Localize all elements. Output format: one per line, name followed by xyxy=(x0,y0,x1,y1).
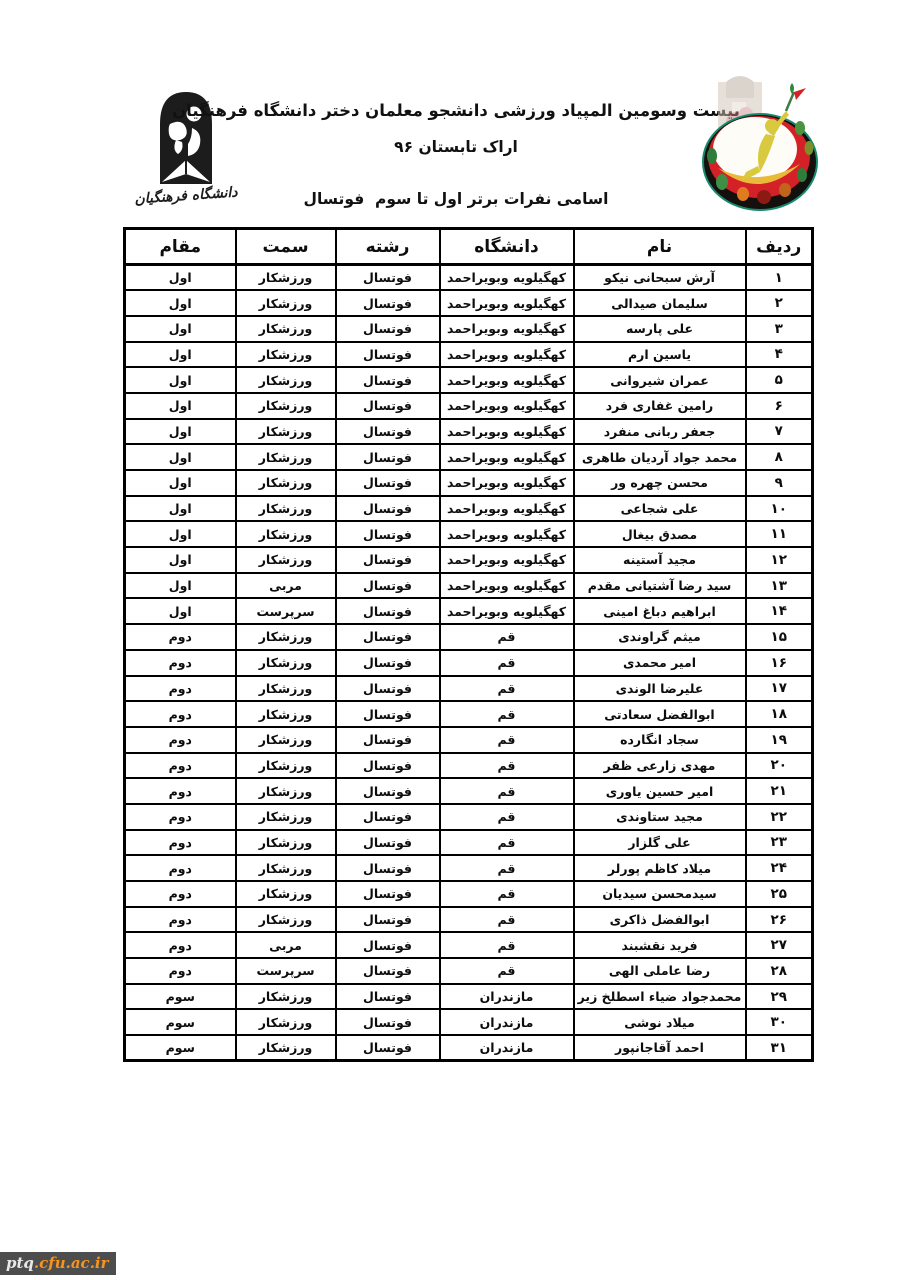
table-row: ۱۲مجید آستینهکهگیلویه وبویراحمدفوتسالورز… xyxy=(125,547,813,573)
cell-num: ۱۱ xyxy=(746,521,813,547)
cell-num: ۸ xyxy=(746,444,813,470)
cell-university: مازندران xyxy=(440,1009,574,1035)
cell-name: امیر حسین یاوری xyxy=(574,778,746,804)
cell-field: فوتسال xyxy=(336,496,440,522)
cell-rank: اول xyxy=(125,598,236,624)
cell-name: میثم گراوندی xyxy=(574,624,746,650)
cell-name: محمدجواد ضیاء اسطلخ زیر xyxy=(574,984,746,1010)
page-title: بیست وسومین المپیاد ورزشی دانشجو معلمان … xyxy=(150,101,762,120)
table-body: ۱آرش سبحانی نیکوکهگیلویه وبویراحمدفوتسال… xyxy=(125,265,813,1061)
cell-name: علیرضا الوندی xyxy=(574,676,746,702)
cell-field: فوتسال xyxy=(336,984,440,1010)
cell-role: ورزشکار xyxy=(236,650,336,676)
cell-role: ورزشکار xyxy=(236,470,336,496)
cell-university: قم xyxy=(440,676,574,702)
cell-rank: اول xyxy=(125,342,236,368)
cell-university: قم xyxy=(440,650,574,676)
cell-role: ورزشکار xyxy=(236,753,336,779)
cell-university: کهگیلویه وبویراحمد xyxy=(440,265,574,291)
cell-field: فوتسال xyxy=(336,932,440,958)
farhangian-emblem-icon xyxy=(136,84,236,186)
watermark-site-prefix: ptq xyxy=(6,1252,34,1275)
cell-rank: اول xyxy=(125,573,236,599)
table-row: ۲۳علی گلزارقمفوتسالورزشکاردوم xyxy=(125,830,813,856)
cell-name: محسن چهره ور xyxy=(574,470,746,496)
column-header-name: نام xyxy=(574,229,746,265)
table-row: ۲۰مهدی زارعی ظفرقمفوتسالورزشکاردوم xyxy=(125,753,813,779)
cell-role: ورزشکار xyxy=(236,521,336,547)
olympiad-emblem-icon xyxy=(696,76,822,216)
table-row: ۵عمران شیروانیکهگیلویه وبویراحمدفوتسالور… xyxy=(125,367,813,393)
cell-name: علی پارسه xyxy=(574,316,746,342)
cell-name: میلاد کاظم پورلر xyxy=(574,855,746,881)
cell-rank: اول xyxy=(125,419,236,445)
cell-rank: اول xyxy=(125,290,236,316)
cell-role: ورزشکار xyxy=(236,676,336,702)
cell-name: رامین غفاری فرد xyxy=(574,393,746,419)
cell-university: مازندران xyxy=(440,984,574,1010)
cell-rank: اول xyxy=(125,470,236,496)
cell-university: کهگیلویه وبویراحمد xyxy=(440,393,574,419)
cell-role: ورزشکار xyxy=(236,907,336,933)
cell-name: جعفر ربانی منفرد xyxy=(574,419,746,445)
cell-field: فوتسال xyxy=(336,907,440,933)
table-row: ۱آرش سبحانی نیکوکهگیلویه وبویراحمدفوتسال… xyxy=(125,265,813,291)
table-row: ۶رامین غفاری فردکهگیلویه وبویراحمدفوتسال… xyxy=(125,393,813,419)
cell-rank: دوم xyxy=(125,624,236,650)
table-row: ۲۶ابوالفضل ذاکریقمفوتسالورزشکاردوم xyxy=(125,907,813,933)
cell-university: قم xyxy=(440,907,574,933)
cell-field: فوتسال xyxy=(336,753,440,779)
cell-rank: اول xyxy=(125,496,236,522)
cell-field: فوتسال xyxy=(336,958,440,984)
cell-university: کهگیلویه وبویراحمد xyxy=(440,470,574,496)
table-row: ۳۰میلاد نوشیمازندرانفوتسالورزشکارسوم xyxy=(125,1009,813,1035)
cell-field: فوتسال xyxy=(336,881,440,907)
cell-num: ۲۱ xyxy=(746,778,813,804)
cell-role: سرپرست xyxy=(236,958,336,984)
cell-field: فوتسال xyxy=(336,727,440,753)
cell-name: یاسین ارم xyxy=(574,342,746,368)
watermark-badge: ptq.cfu.ac.ir xyxy=(0,1252,116,1275)
cell-university: کهگیلویه وبویراحمد xyxy=(440,290,574,316)
cell-field: فوتسال xyxy=(336,701,440,727)
cell-role: ورزشکار xyxy=(236,316,336,342)
table-row: ۴یاسین ارمکهگیلویه وبویراحمدفوتسالورزشکا… xyxy=(125,342,813,368)
cell-university: کهگیلویه وبویراحمد xyxy=(440,573,574,599)
cell-university: قم xyxy=(440,701,574,727)
cell-name: علی شجاعی xyxy=(574,496,746,522)
cell-num: ۲۶ xyxy=(746,907,813,933)
cell-rank: اول xyxy=(125,367,236,393)
cell-university: کهگیلویه وبویراحمد xyxy=(440,419,574,445)
cell-field: فوتسال xyxy=(336,521,440,547)
cell-rank: دوم xyxy=(125,650,236,676)
cell-num: ۲ xyxy=(746,290,813,316)
cell-rank: دوم xyxy=(125,881,236,907)
cell-role: ورزشکار xyxy=(236,1009,336,1035)
cell-name: محمد جواد آردیان طاهری xyxy=(574,444,746,470)
cell-university: قم xyxy=(440,804,574,830)
cell-name: فرید نقشبند xyxy=(574,932,746,958)
cell-role: ورزشکار xyxy=(236,393,336,419)
table-row: ۲۱امیر حسین یاوریقمفوتسالورزشکاردوم xyxy=(125,778,813,804)
cell-field: فوتسال xyxy=(336,265,440,291)
column-header-field: رشته xyxy=(336,229,440,265)
column-header-rank: مقام xyxy=(125,229,236,265)
cell-name: سید رضا آشتیانی مقدم xyxy=(574,573,746,599)
cell-university: قم xyxy=(440,727,574,753)
table-row: ۳۱احمد آقاجانپورمازندرانفوتسالورزشکارسوم xyxy=(125,1035,813,1061)
cell-university: کهگیلویه وبویراحمد xyxy=(440,316,574,342)
cell-name: میلاد نوشی xyxy=(574,1009,746,1035)
cell-university: قم xyxy=(440,881,574,907)
cell-university: قم xyxy=(440,932,574,958)
cell-role: ورزشکار xyxy=(236,1035,336,1061)
cell-field: فوتسال xyxy=(336,470,440,496)
cell-rank: سوم xyxy=(125,984,236,1010)
table-row: ۳علی پارسهکهگیلویه وبویراحمدفوتسالورزشکا… xyxy=(125,316,813,342)
cell-role: ورزشکار xyxy=(236,290,336,316)
column-header-role: سمت xyxy=(236,229,336,265)
table-row: ۱۵میثم گراوندیقمفوتسالورزشکاردوم xyxy=(125,624,813,650)
cell-num: ۳۱ xyxy=(746,1035,813,1061)
cell-university: کهگیلویه وبویراحمد xyxy=(440,367,574,393)
cell-field: فوتسال xyxy=(336,804,440,830)
cell-rank: دوم xyxy=(125,932,236,958)
cell-num: ۲۷ xyxy=(746,932,813,958)
cell-role: مربی xyxy=(236,573,336,599)
cell-field: فوتسال xyxy=(336,855,440,881)
cell-role: ورزشکار xyxy=(236,855,336,881)
table-row: ۹محسن چهره ورکهگیلویه وبویراحمدفوتسالورز… xyxy=(125,470,813,496)
cell-num: ۱۲ xyxy=(746,547,813,573)
cell-rank: سوم xyxy=(125,1035,236,1061)
cell-num: ۲۹ xyxy=(746,984,813,1010)
cell-role: سرپرست xyxy=(236,598,336,624)
cell-rank: اول xyxy=(125,521,236,547)
cell-num: ۱۴ xyxy=(746,598,813,624)
table-row: ۱۸ابوالفضل سعادتیقمفوتسالورزشکاردوم xyxy=(125,701,813,727)
document-page: دانشگاه فرهنگیان بیست وسومین المپیاد ورز… xyxy=(0,0,905,1280)
cell-university: قم xyxy=(440,753,574,779)
cell-role: ورزشکار xyxy=(236,367,336,393)
table-row: ۱۶امیر محمدیقمفوتسالورزشکاردوم xyxy=(125,650,813,676)
cell-rank: سوم xyxy=(125,1009,236,1035)
cell-field: فوتسال xyxy=(336,444,440,470)
cell-name: ابراهیم دباغ امینی xyxy=(574,598,746,624)
table-row: ۲۹محمدجواد ضیاء اسطلخ زیرمازندرانفوتسالو… xyxy=(125,984,813,1010)
cell-field: فوتسال xyxy=(336,419,440,445)
cell-num: ۲۰ xyxy=(746,753,813,779)
column-header-row-number: ردیف xyxy=(746,229,813,265)
cell-num: ۱۵ xyxy=(746,624,813,650)
cell-num: ۱ xyxy=(746,265,813,291)
cell-num: ۱۷ xyxy=(746,676,813,702)
cell-name: احمد آقاجانپور xyxy=(574,1035,746,1061)
cell-university: کهگیلویه وبویراحمد xyxy=(440,598,574,624)
cell-role: ورزشکار xyxy=(236,342,336,368)
cell-university: کهگیلویه وبویراحمد xyxy=(440,547,574,573)
cell-name: علی گلزار xyxy=(574,830,746,856)
cell-role: ورزشکار xyxy=(236,778,336,804)
cell-rank: اول xyxy=(125,444,236,470)
table-row: ۸محمد جواد آردیان طاهریکهگیلویه وبویراحم… xyxy=(125,444,813,470)
cell-num: ۲۴ xyxy=(746,855,813,881)
cell-field: فوتسال xyxy=(336,624,440,650)
cell-name: مجید آستینه xyxy=(574,547,746,573)
cell-num: ۱۸ xyxy=(746,701,813,727)
cell-num: ۲۸ xyxy=(746,958,813,984)
cell-role: ورزشکار xyxy=(236,547,336,573)
cell-field: فوتسال xyxy=(336,342,440,368)
cell-role: مربی xyxy=(236,932,336,958)
cell-rank: دوم xyxy=(125,676,236,702)
cell-rank: دوم xyxy=(125,727,236,753)
cell-university: قم xyxy=(440,958,574,984)
cell-num: ۲۳ xyxy=(746,830,813,856)
cell-field: فوتسال xyxy=(336,290,440,316)
cell-role: ورزشکار xyxy=(236,881,336,907)
cell-name: امیر محمدی xyxy=(574,650,746,676)
cell-name: عمران شیروانی xyxy=(574,367,746,393)
table-row: ۲۷فرید نقشبندقمفوتسالمربیدوم xyxy=(125,932,813,958)
cell-university: کهگیلویه وبویراحمد xyxy=(440,521,574,547)
cell-university: قم xyxy=(440,624,574,650)
cell-university: قم xyxy=(440,855,574,881)
cell-rank: اول xyxy=(125,265,236,291)
cell-role: ورزشکار xyxy=(236,624,336,650)
cell-role: ورزشکار xyxy=(236,265,336,291)
cell-rank: دوم xyxy=(125,753,236,779)
table-row: ۱۱مصدق بیغالکهگیلویه وبویراحمدفوتسالورزش… xyxy=(125,521,813,547)
table-header-row: ردیف نام دانشگاه رشته سمت مقام xyxy=(125,229,813,265)
cell-num: ۱۰ xyxy=(746,496,813,522)
table-row: ۱۴ابراهیم دباغ امینیکهگیلویه وبویراحمدفو… xyxy=(125,598,813,624)
cell-num: ۶ xyxy=(746,393,813,419)
cell-field: فوتسال xyxy=(336,778,440,804)
cell-rank: اول xyxy=(125,547,236,573)
column-header-university: دانشگاه xyxy=(440,229,574,265)
cell-rank: دوم xyxy=(125,907,236,933)
cell-field: فوتسال xyxy=(336,573,440,599)
cell-field: فوتسال xyxy=(336,547,440,573)
cell-role: ورزشکار xyxy=(236,804,336,830)
table-row: ۱۰علی شجاعیکهگیلویه وبویراحمدفوتسالورزشک… xyxy=(125,496,813,522)
table-row: ۲۸رضا عاملی الهیقمفوتسالسرپرستدوم xyxy=(125,958,813,984)
cell-role: ورزشکار xyxy=(236,727,336,753)
cell-rank: اول xyxy=(125,393,236,419)
cell-role: ورزشکار xyxy=(236,496,336,522)
cell-university: کهگیلویه وبویراحمد xyxy=(440,496,574,522)
cell-rank: اول xyxy=(125,316,236,342)
cell-num: ۷ xyxy=(746,419,813,445)
olympiad-logo xyxy=(696,76,822,216)
cell-num: ۱۶ xyxy=(746,650,813,676)
table-row: ۱۷علیرضا الوندیقمفوتسالورزشکاردوم xyxy=(125,676,813,702)
watermark-site-suffix: .cfu.ac.ir xyxy=(34,1252,109,1275)
table-row: ۲۵سیدمحسن سیدیانقمفوتسالورزشکاردوم xyxy=(125,881,813,907)
cell-name: آرش سبحانی نیکو xyxy=(574,265,746,291)
cell-rank: دوم xyxy=(125,830,236,856)
cell-num: ۲۲ xyxy=(746,804,813,830)
cell-university: قم xyxy=(440,830,574,856)
cell-num: ۲۵ xyxy=(746,881,813,907)
cell-field: فوتسال xyxy=(336,830,440,856)
cell-num: ۱۳ xyxy=(746,573,813,599)
cell-field: فوتسال xyxy=(336,1009,440,1035)
cell-role: ورزشکار xyxy=(236,701,336,727)
cell-rank: دوم xyxy=(125,958,236,984)
table-row: ۲۴میلاد کاظم پورلرقمفوتسالورزشکاردوم xyxy=(125,855,813,881)
cell-field: فوتسال xyxy=(336,650,440,676)
cell-rank: دوم xyxy=(125,778,236,804)
cell-field: فوتسال xyxy=(336,367,440,393)
cell-num: ۳۰ xyxy=(746,1009,813,1035)
cell-university: مازندران xyxy=(440,1035,574,1061)
cell-rank: دوم xyxy=(125,855,236,881)
results-table: ردیف نام دانشگاه رشته سمت مقام ۱آرش سبحا… xyxy=(123,227,814,1062)
list-title: اسامی نفرات برتر اول تا سوم فوتسال xyxy=(150,190,762,208)
cell-role: ورزشکار xyxy=(236,444,336,470)
cell-name: مجید ستاوندی xyxy=(574,804,746,830)
cell-name: مصدق بیغال xyxy=(574,521,746,547)
cell-role: ورزشکار xyxy=(236,830,336,856)
cell-field: فوتسال xyxy=(336,1035,440,1061)
cell-university: کهگیلویه وبویراحمد xyxy=(440,342,574,368)
cell-rank: دوم xyxy=(125,804,236,830)
cell-num: ۳ xyxy=(746,316,813,342)
cell-name: سلیمان صیدالی xyxy=(574,290,746,316)
cell-num: ۵ xyxy=(746,367,813,393)
cell-rank: دوم xyxy=(125,701,236,727)
cell-university: کهگیلویه وبویراحمد xyxy=(440,444,574,470)
cell-name: سیدمحسن سیدیان xyxy=(574,881,746,907)
cell-num: ۹ xyxy=(746,470,813,496)
table-row: ۲سلیمان صیدالیکهگیلویه وبویراحمدفوتسالور… xyxy=(125,290,813,316)
cell-num: ۱۹ xyxy=(746,727,813,753)
cell-name: سجاد انگارده xyxy=(574,727,746,753)
cell-role: ورزشکار xyxy=(236,984,336,1010)
table-row: ۷جعفر ربانی منفردکهگیلویه وبویراحمدفوتسا… xyxy=(125,419,813,445)
cell-university: قم xyxy=(440,778,574,804)
cell-name: رضا عاملی الهی xyxy=(574,958,746,984)
cell-field: فوتسال xyxy=(336,393,440,419)
cell-name: ابوالفضل سعادتی xyxy=(574,701,746,727)
table-row: ۱۹سجاد انگاردهقمفوتسالورزشکاردوم xyxy=(125,727,813,753)
cell-field: فوتسال xyxy=(336,598,440,624)
table-row: ۲۲مجید ستاوندیقمفوتسالورزشکاردوم xyxy=(125,804,813,830)
event-location-year: اراک تابستان ۹۶ xyxy=(150,138,762,156)
cell-num: ۴ xyxy=(746,342,813,368)
cell-field: فوتسال xyxy=(336,676,440,702)
cell-field: فوتسال xyxy=(336,316,440,342)
table-row: ۱۳سید رضا آشتیانی مقدمکهگیلویه وبویراحمد… xyxy=(125,573,813,599)
cell-role: ورزشکار xyxy=(236,419,336,445)
cell-name: ابوالفضل ذاکری xyxy=(574,907,746,933)
cell-name: مهدی زارعی ظفر xyxy=(574,753,746,779)
